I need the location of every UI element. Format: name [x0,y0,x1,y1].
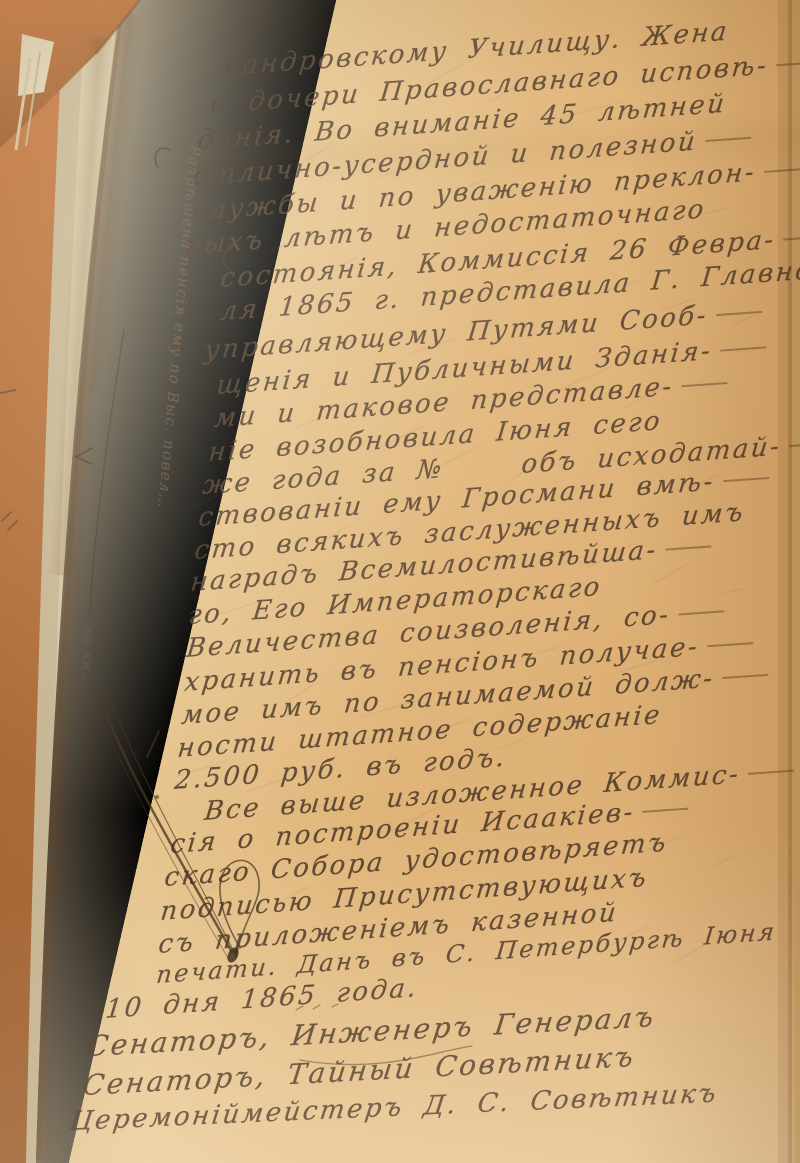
manuscript-scan-photo: сандровскому Училищу. Женаи дочери Право… [0,0,800,1163]
margin-pen-marks [0,0,800,1163]
